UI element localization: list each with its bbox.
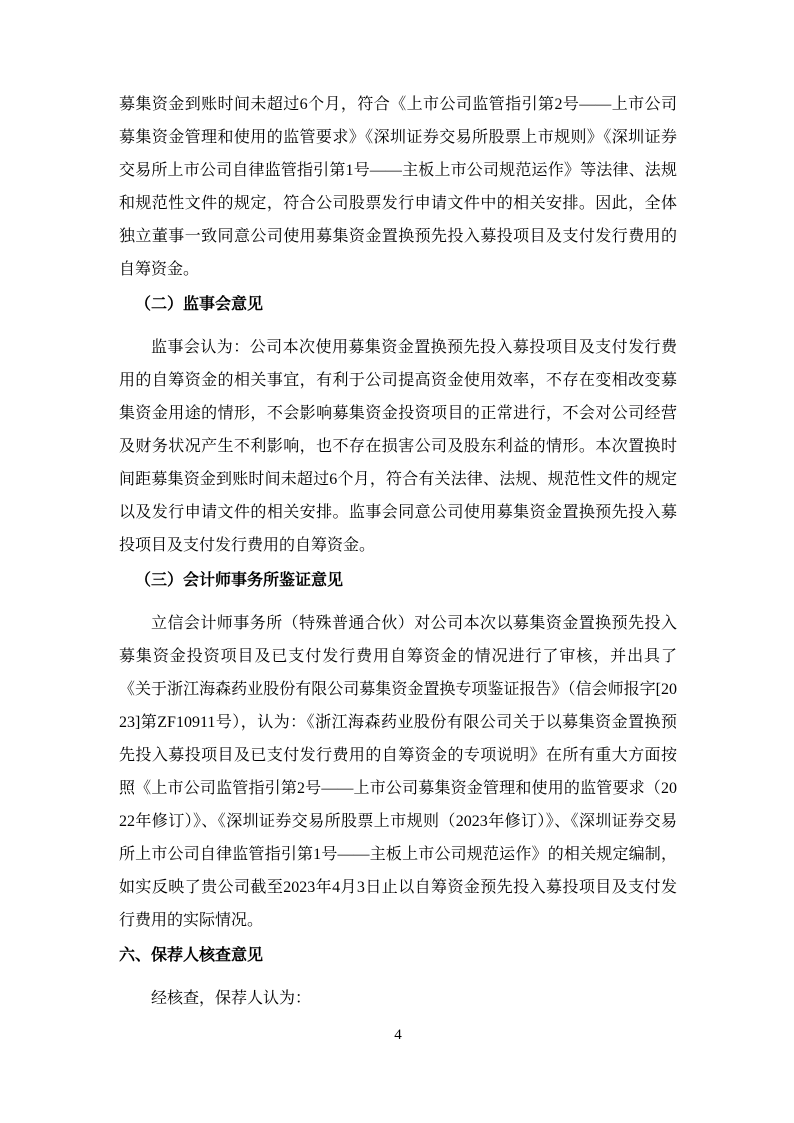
paragraph-accounting-firm-attestation: 立信会计师事务所（特殊普通合伙）对公司本次以募集资金置换预先投入募集资金投资项目… <box>119 607 677 937</box>
heading-supervisory-board-opinion: （二）监事会意见 <box>119 288 677 321</box>
paragraph-supervisory-board-opinion: 监事会认为：公司本次使用募集资金置换预先投入募投项目及支付发行费用的自筹资金的相… <box>119 331 677 562</box>
paragraph-sponsor-verification-intro: 经核查，保荐人认为： <box>119 982 677 1015</box>
document-page: 募集资金到账时间未超过6个月，符合《上市公司监管指引第2号——上市公司募集资金管… <box>0 0 794 1123</box>
paragraph-independent-directors-continuation: 募集资金到账时间未超过6个月，符合《上市公司监管指引第2号——上市公司募集资金管… <box>119 88 677 286</box>
page-number: 4 <box>119 1026 677 1044</box>
heading-sponsor-verification-opinion: 六、保荐人核查意见 <box>119 939 677 972</box>
document-content: 募集资金到账时间未超过6个月，符合《上市公司监管指引第2号——上市公司募集资金管… <box>119 88 677 1015</box>
heading-accounting-firm-attestation-opinion: （三）会计师事务所鉴证意见 <box>119 564 677 597</box>
